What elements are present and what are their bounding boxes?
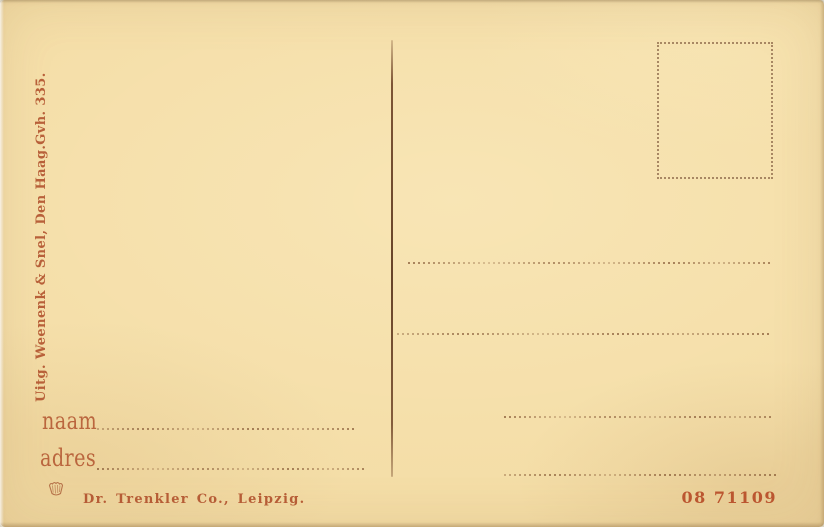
address-field-label: adres xyxy=(40,446,96,470)
publisher-imprint: Uitg. Weenenk & Snel, Den Haag. Gvh. 335… xyxy=(31,123,51,402)
series-number: Gvh. 335. xyxy=(34,72,49,144)
address-line-1 xyxy=(408,262,772,264)
postcard-back: Uitg. Weenenk & Snel, Den Haag. Gvh. 335… xyxy=(0,0,824,527)
serial-number: 08 71109 xyxy=(682,488,778,507)
address-line-2 xyxy=(397,333,769,335)
center-divider-rule xyxy=(391,40,393,477)
address-writing-line xyxy=(97,468,366,470)
card-edge-right xyxy=(820,0,824,527)
trefoil-printer-mark-icon xyxy=(47,481,65,501)
publisher-name: Uitg. Weenenk & Snel, Den Haag. xyxy=(34,145,49,402)
card-edge-left xyxy=(0,0,4,527)
address-line-3 xyxy=(504,416,774,418)
address-line-4 xyxy=(504,474,777,476)
name-writing-line xyxy=(97,428,356,430)
name-field-label: naam xyxy=(42,409,97,433)
card-edge-bottom xyxy=(0,522,824,527)
printer-credit: Dr. Trenkler Co., Leipzig. xyxy=(83,492,305,507)
stamp-box xyxy=(657,42,773,179)
card-edge-top xyxy=(0,0,824,3)
